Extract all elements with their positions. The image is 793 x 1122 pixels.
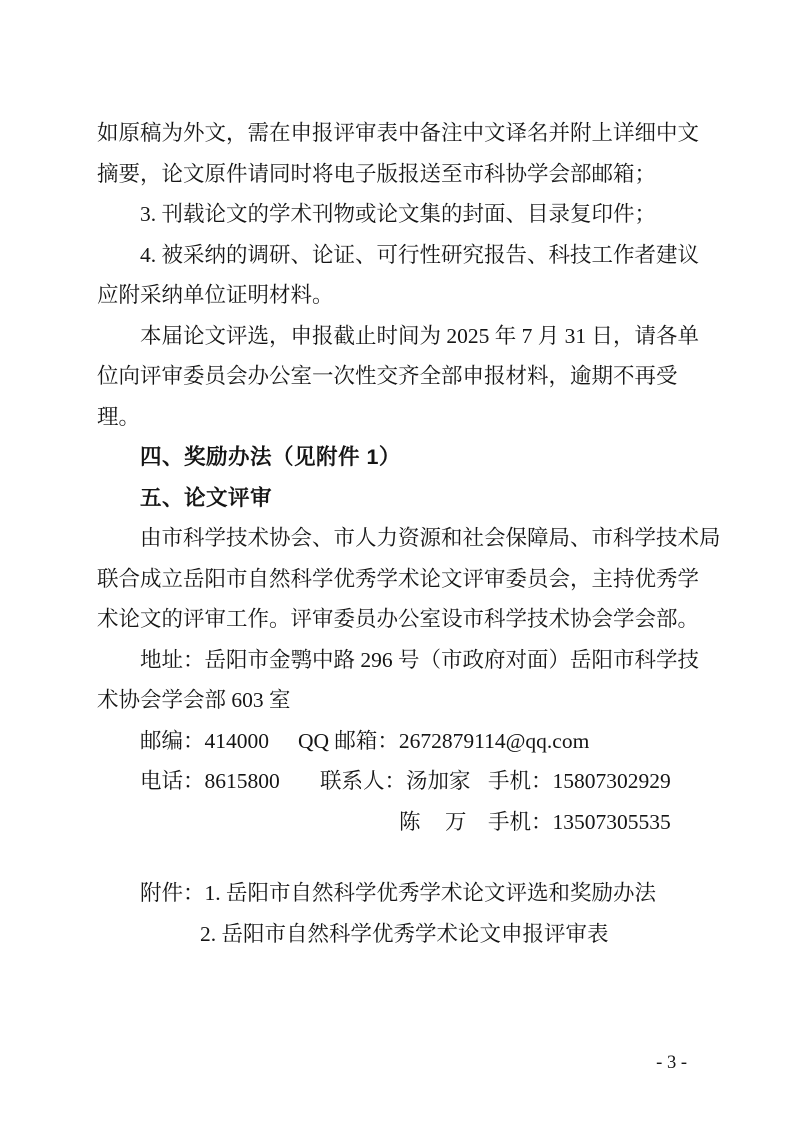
document-body: 如原稿为外文，需在申报评审表中备注中文译名并附上详细中文 摘要，论文原件请同时将… <box>97 113 703 954</box>
doc-line-zip-qq: 邮编：414000 QQ 邮箱：2672879114@qq.com <box>97 721 703 762</box>
doc-line-attachment-1: 附件：1. 岳阳市自然科学优秀学术论文评选和奖励办法 <box>97 873 703 914</box>
doc-line-review-1: 由市科学技术协会、市人力资源和社会保障局、市科学技术局 <box>97 518 703 559</box>
mobile-2-value: 手机：13507305535 <box>488 802 671 843</box>
doc-line-item-4b: 应附采纳单位证明材料。 <box>97 275 703 316</box>
document-page: { "doc": { "lines": [ { "text": "如原稿为外文，… <box>0 0 793 1122</box>
phone-value: 电话：8615800 <box>140 761 280 802</box>
doc-line-address-1: 地址：岳阳市金鹗中路 296 号（市政府对面）岳阳市科学技 <box>97 640 703 681</box>
doc-line-deadline-3: 理。 <box>97 397 703 438</box>
zip-code-value: 邮编：414000 <box>140 721 269 762</box>
qq-email-value: QQ 邮箱：2672879114@qq.com <box>298 721 589 762</box>
doc-line-deadline-1: 本届论文评选，申报截止时间为 2025 年 7 月 31 日，请各单 <box>97 316 703 357</box>
section-heading-awards: 四、奖励办法（见附件 1） <box>97 437 703 478</box>
doc-line-item-4a: 4. 被采纳的调研、论证、可行性研究报告、科技工作者建议 <box>97 235 703 276</box>
doc-line-foreign-language-note-1: 如原稿为外文，需在申报评审表中备注中文译名并附上详细中文 <box>97 113 703 154</box>
contact-2-surname: 陈 <box>399 802 421 843</box>
doc-line-review-2: 联合成立岳阳市自然科学优秀学术论文评审委员会，主持优秀学 <box>97 559 703 600</box>
doc-line-review-3: 术论文的评审工作。评审委员办公室设市科学技术协会学会部。 <box>97 599 703 640</box>
doc-line-deadline-2: 位向评审委员会办公室一次性交齐全部申报材料，逾期不再受 <box>97 356 703 397</box>
page-number: - 3 - <box>656 1052 687 1074</box>
doc-line-address-2: 术协会学会部 603 室 <box>97 680 703 721</box>
doc-line-phone-contact: 电话：8615800 联系人：汤加家 手机：15807302929 <box>97 761 703 802</box>
contact-2-givenname: 万 <box>445 802 467 843</box>
doc-line-foreign-language-note-2: 摘要，论文原件请同时将电子版报送至市科协学会部邮箱； <box>97 154 703 195</box>
mobile-1-value: 手机：15807302929 <box>488 761 671 802</box>
doc-line-item-3: 3. 刊载论文的学术刊物或论文集的封面、目录复印件； <box>97 194 703 235</box>
contact-person-1: 联系人：汤加家 <box>320 761 471 802</box>
doc-line-attachment-2: 2. 岳阳市自然科学优秀学术论文申报评审表 <box>97 914 703 955</box>
vertical-spacer <box>97 842 703 873</box>
doc-line-contact-2: 陈 万 手机：13507305535 <box>97 802 703 843</box>
section-heading-review: 五、论文评审 <box>97 478 703 519</box>
